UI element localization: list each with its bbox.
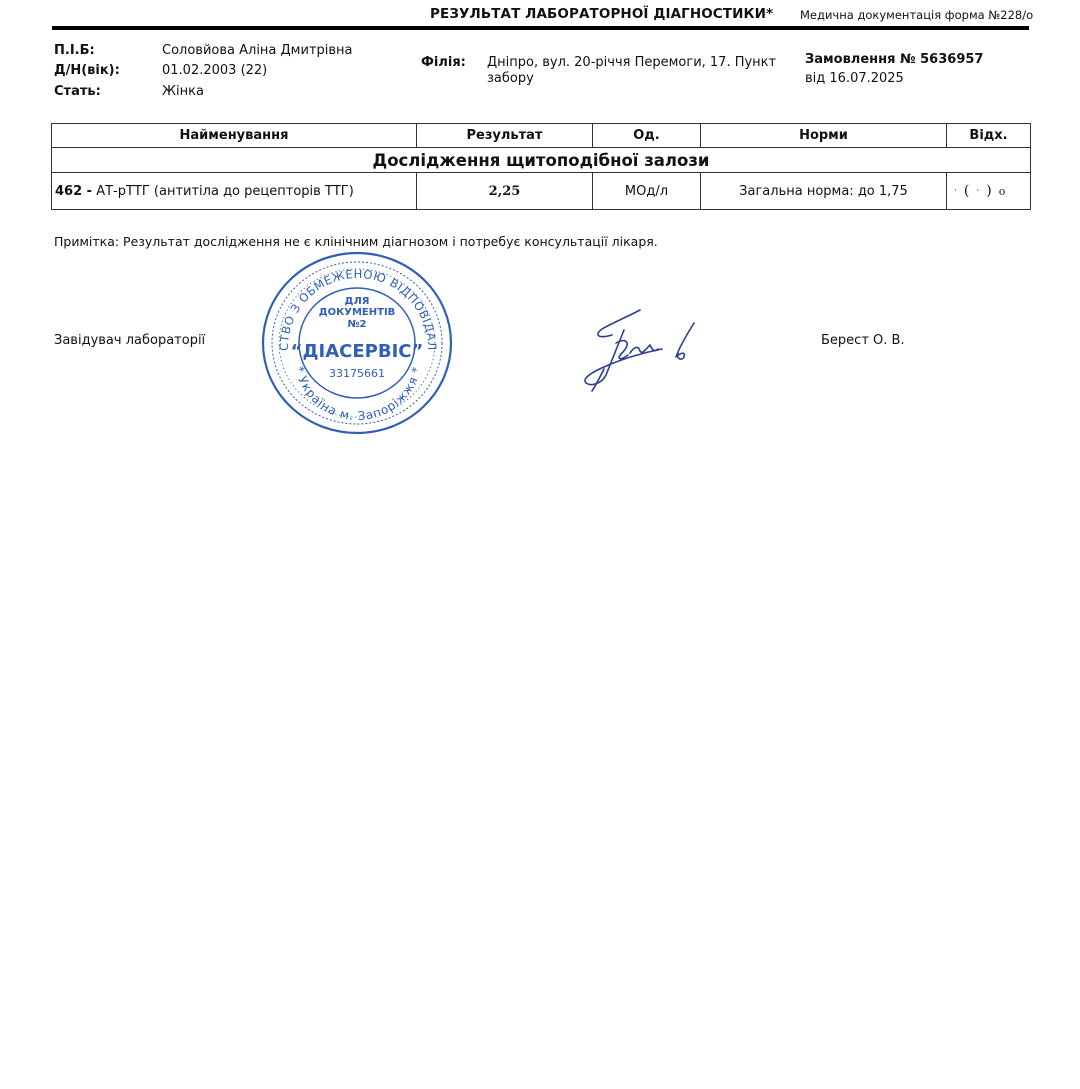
stamp-code: 33175661 bbox=[329, 367, 385, 380]
table-header-row: Найменування Результат Од. Норми Відх. bbox=[52, 124, 1031, 148]
disclaimer-note: Примітка: Результат дослідження не є клі… bbox=[54, 234, 658, 249]
column-header-name: Найменування bbox=[52, 124, 417, 148]
test-code: 462 - bbox=[55, 184, 92, 199]
order-date: від 16.07.2025 bbox=[805, 71, 904, 86]
test-name-cell: 462 - АТ-рТТГ (антитіла до рецепторів ТТ… bbox=[52, 173, 417, 210]
section-row: Дослідження щитоподібної залози bbox=[52, 148, 1031, 173]
stamp-line2: ДОКУМЕНТІВ bbox=[319, 307, 396, 318]
lab-head-name: Берест О. В. bbox=[821, 333, 905, 348]
test-name: АТ-рТТГ (антитіла до рецепторів ТТГ) bbox=[96, 184, 354, 199]
test-unit: МОд/л bbox=[593, 173, 701, 210]
branch-label: Філія: bbox=[421, 55, 466, 70]
column-header-norms: Норми bbox=[701, 124, 947, 148]
deviation-dot-left: · bbox=[954, 186, 958, 196]
document-title: РЕЗУЛЬТАТ ЛАБОРАТОРНОЇ ДІАГНОСТИКИ* bbox=[430, 6, 773, 22]
stamp-line3: №2 bbox=[348, 319, 367, 330]
stamp-company: “ДІАСЕРВІС” bbox=[291, 341, 424, 362]
test-deviation-cell: · ( · ) o bbox=[947, 173, 1031, 210]
form-label: Медична документація форма №228/о bbox=[800, 8, 1033, 22]
patient-dob-label: Д/Н(вік): bbox=[54, 63, 120, 78]
order-number: Замовлення № 5636957 bbox=[805, 52, 983, 67]
results-table: Найменування Результат Од. Норми Відх. Д… bbox=[51, 123, 1031, 210]
section-title: Дослідження щитоподібної залози bbox=[52, 148, 1031, 173]
header-divider bbox=[52, 26, 1029, 30]
test-result: 2,25 bbox=[417, 173, 593, 210]
lab-head-position: Завідувач лабораторії bbox=[54, 333, 205, 348]
column-header-result: Результат bbox=[417, 124, 593, 148]
patient-sex: Жінка bbox=[162, 84, 204, 99]
company-stamp-icon: ТОВАРИСТВО З ОБМЕЖЕНОЮ ВІДПОВІДАЛЬНІСТЮ … bbox=[258, 248, 456, 438]
deviation-mark: o bbox=[999, 185, 1007, 198]
table-row: 462 - АТ-рТТГ (антитіла до рецепторів ТТ… bbox=[52, 173, 1031, 210]
deviation-dot-mid: · bbox=[976, 186, 980, 196]
deviation-indicator: · ( · ) o bbox=[950, 183, 1027, 199]
patient-name: Соловйова Аліна Дмитрівна bbox=[162, 43, 353, 58]
test-norm: Загальна норма: до 1,75 bbox=[701, 173, 947, 210]
signature-icon bbox=[582, 305, 707, 395]
patient-sex-label: Стать: bbox=[54, 84, 101, 99]
branch-address: Дніпро, вул. 20-річчя Перемоги, 17. Пунк… bbox=[487, 55, 787, 87]
stamp-line1: ДЛЯ bbox=[345, 296, 370, 307]
column-header-unit: Од. bbox=[593, 124, 701, 148]
deviation-close-paren: ) bbox=[986, 183, 992, 199]
column-header-deviation: Відх. bbox=[947, 124, 1031, 148]
patient-dob: 01.02.2003 (22) bbox=[162, 63, 267, 78]
deviation-open-paren: ( bbox=[964, 183, 970, 199]
patient-name-label: П.І.Б: bbox=[54, 43, 95, 58]
